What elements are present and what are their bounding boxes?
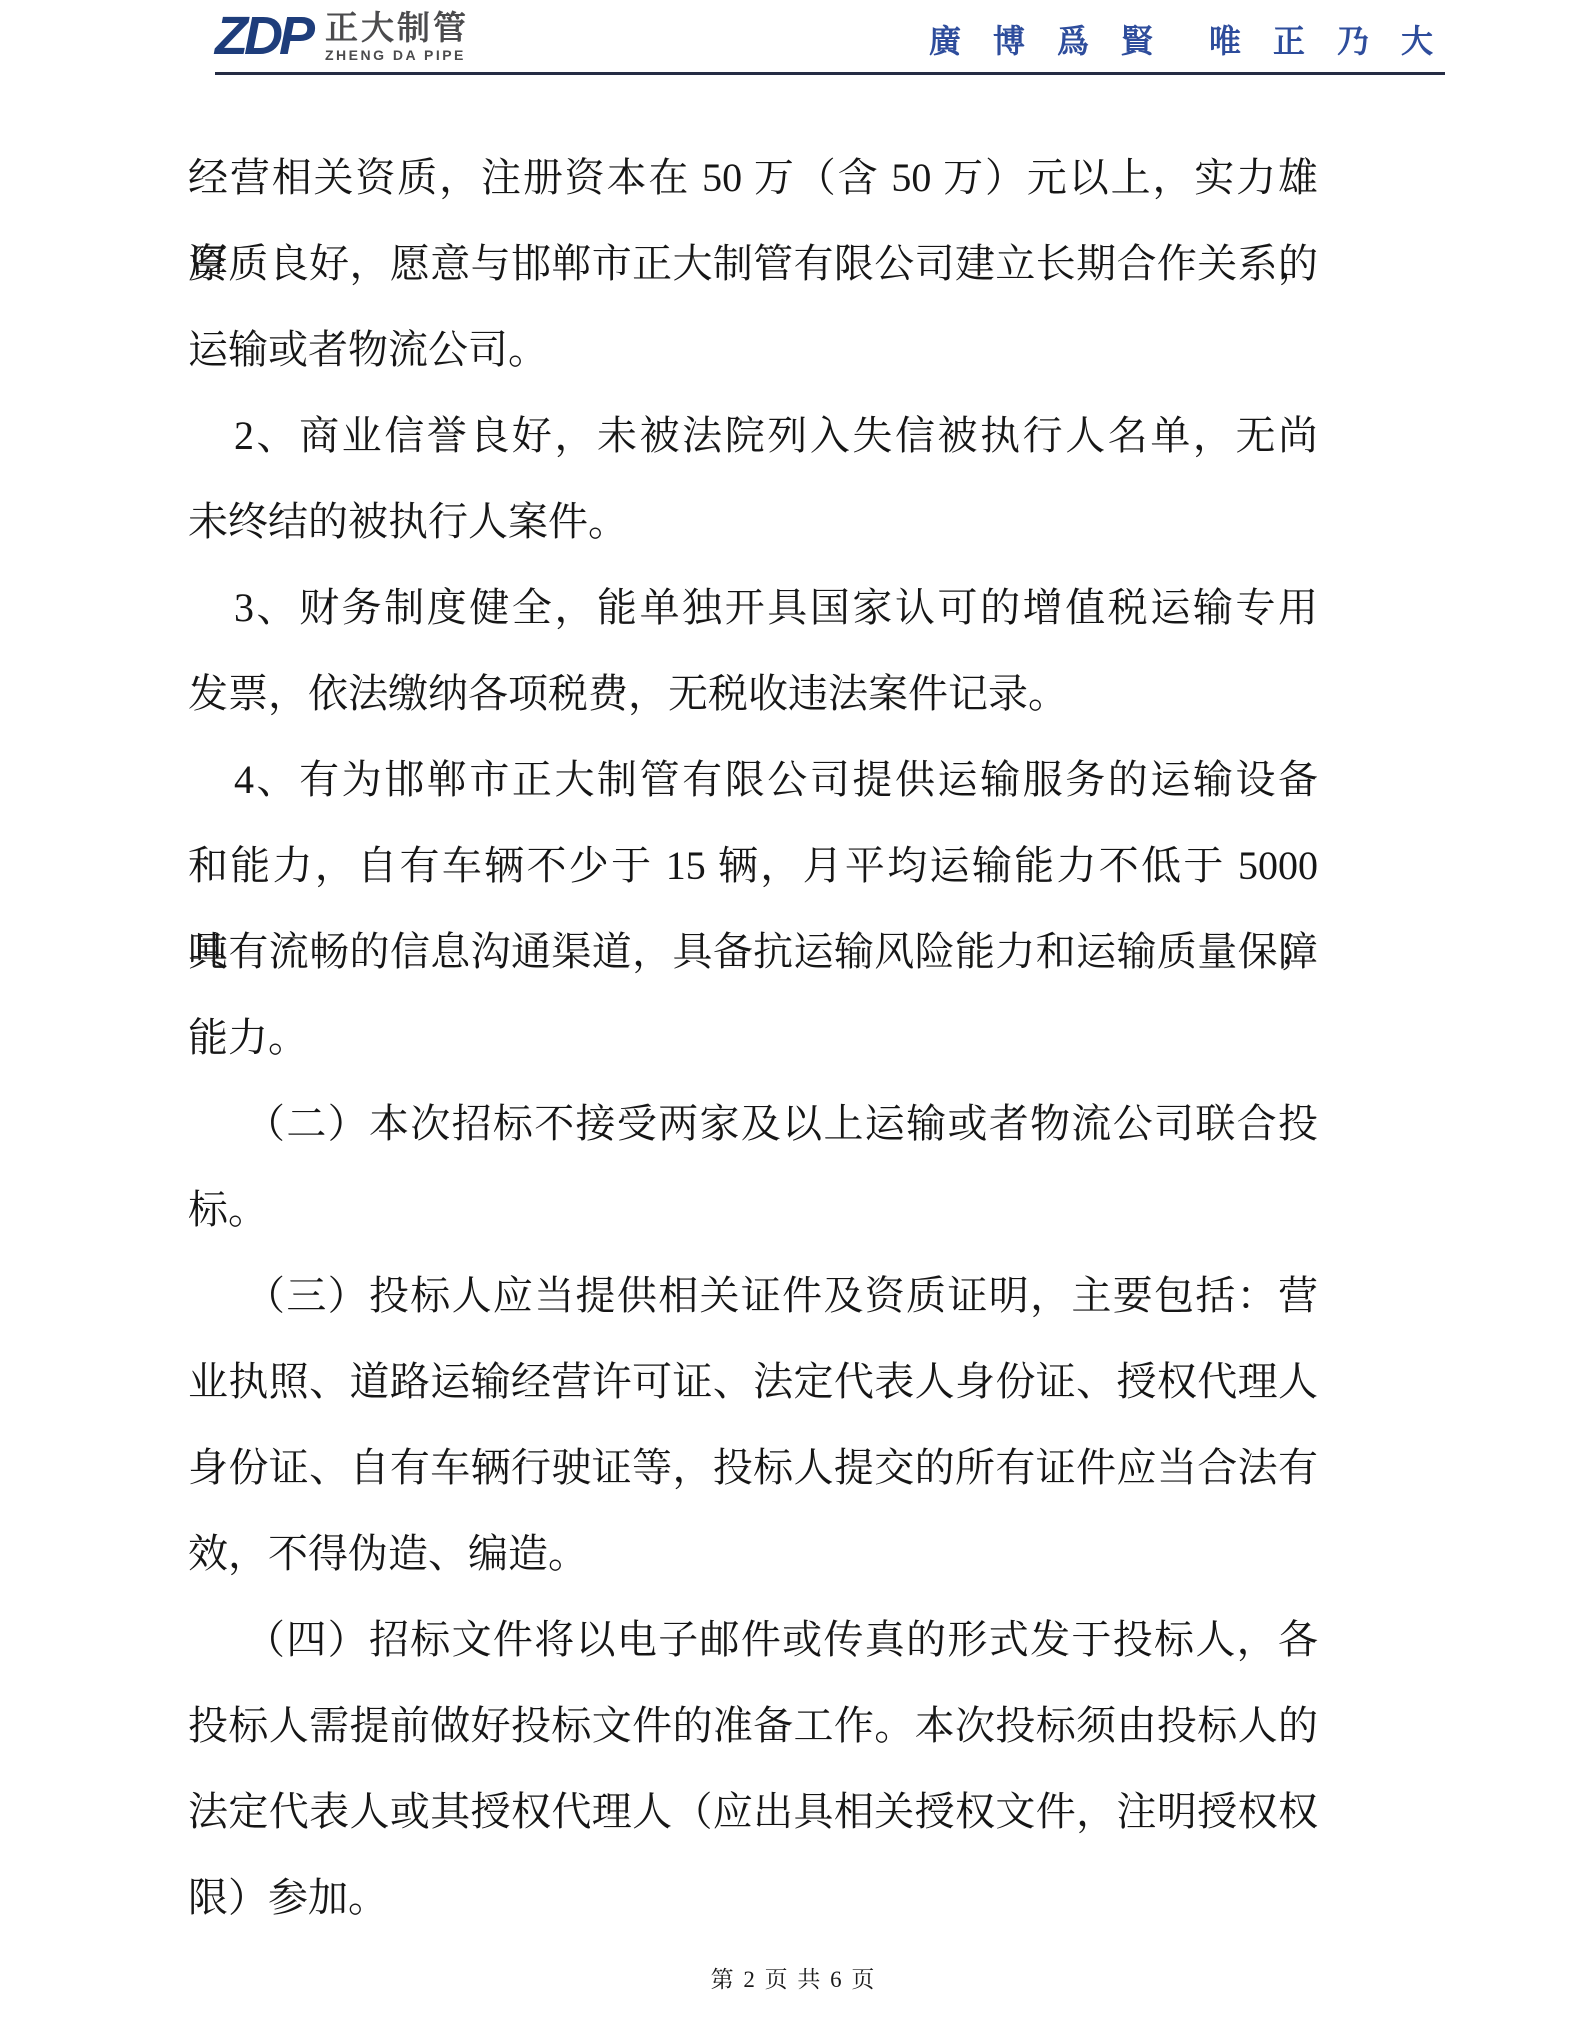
company-slogan: 廣 博 爲 賢 唯 正 乃 大 (929, 10, 1445, 62)
body-line: 具有流畅的信息沟通渠道，具备抗运输风险能力和运输质量保障 (188, 909, 1318, 995)
body-line: 法定代表人或其授权代理人（应出具相关授权文件，注明授权权 (188, 1769, 1318, 1855)
body-line: （四）招标文件将以电子邮件或传真的形式发于投标人，各 (188, 1597, 1318, 1683)
body-line: 限）参加。 (188, 1855, 1318, 1941)
header-rule: ZDP 正大制管 ZHENG DA PIPE 廣 博 爲 賢 唯 正 乃 大 (215, 0, 1445, 75)
document-page: ZDP 正大制管 ZHENG DA PIPE 廣 博 爲 賢 唯 正 乃 大 经… (0, 0, 1587, 2024)
body-line: 2、商业信誉良好，未被法院列入失信被执行人名单，无尚 (188, 393, 1318, 479)
document-body: 经营相关资质，注册资本在 50 万（含 50 万）元以上，实力雄厚，资质良好，愿… (188, 135, 1318, 1941)
company-logo: ZDP 正大制管 ZHENG DA PIPE (215, 9, 469, 63)
page-footer: 第 2 页 共 6 页 (0, 1961, 1587, 1994)
body-line: 资质良好，愿意与邯郸市正大制管有限公司建立长期合作关系的 (188, 221, 1318, 307)
body-line: （三）投标人应当提供相关证件及资质证明，主要包括：营 (188, 1253, 1318, 1339)
body-line: 能力。 (188, 995, 1318, 1081)
page-number: 第 2 页 共 6 页 (711, 1967, 877, 1992)
body-line: 投标人需提前做好投标文件的准备工作。本次投标须由投标人的 (188, 1683, 1318, 1769)
logo-company-name-cn: 正大制管 (325, 11, 469, 44)
body-line: 身份证、自有车辆行驶证等，投标人提交的所有证件应当合法有 (188, 1425, 1318, 1511)
logo-company-name-en: ZHENG DA PIPE (325, 48, 469, 62)
body-line: 发票，依法缴纳各项税费，无税收违法案件记录。 (188, 651, 1318, 737)
body-line: 效，不得伪造、编造。 (188, 1511, 1318, 1597)
body-line: 未终结的被执行人案件。 (188, 479, 1318, 565)
page-header: ZDP 正大制管 ZHENG DA PIPE 廣 博 爲 賢 唯 正 乃 大 (0, 0, 1587, 75)
body-line: 经营相关资质，注册资本在 50 万（含 50 万）元以上，实力雄厚， (188, 135, 1318, 221)
logo-wordmark: 正大制管 ZHENG DA PIPE (325, 11, 469, 62)
body-line: 标。 (188, 1167, 1318, 1253)
body-line: 运输或者物流公司。 (188, 307, 1318, 393)
body-line: （二）本次招标不接受两家及以上运输或者物流公司联合投 (188, 1081, 1318, 1167)
body-line: 和能力，自有车辆不少于 15 辆，月平均运输能力不低于 5000 吨； (188, 823, 1318, 909)
body-line: 3、财务制度健全，能单独开具国家认可的增值税运输专用 (188, 565, 1318, 651)
body-line: 4、有为邯郸市正大制管有限公司提供运输服务的运输设备 (188, 737, 1318, 823)
zdp-logo-icon: ZDP (215, 9, 311, 63)
body-line: 业执照、道路运输经营许可证、法定代表人身份证、授权代理人 (188, 1339, 1318, 1425)
